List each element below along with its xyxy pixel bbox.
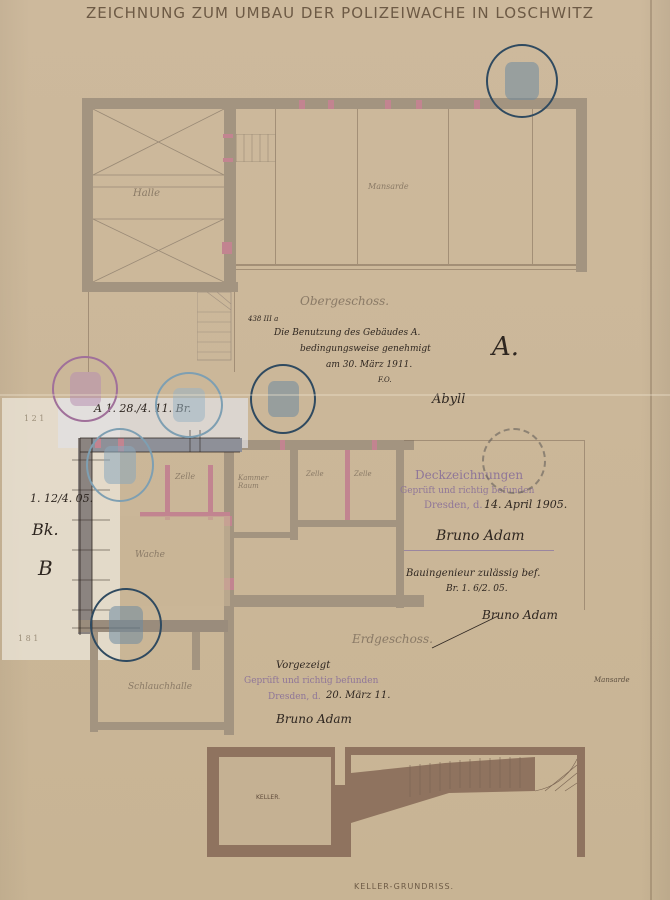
wall-accent <box>416 100 422 109</box>
wall-line <box>236 264 576 266</box>
upper-floor-label: Obergeschoss. <box>300 294 389 308</box>
approval-initials: F.O. <box>378 376 392 384</box>
faint-seal-stamp <box>482 428 546 494</box>
wall-accent <box>345 450 350 520</box>
reference-number: 438 III a <box>248 315 278 323</box>
wall-accent <box>223 134 233 138</box>
lower-line1: Geprüft und richtig befunden <box>244 676 378 686</box>
wall <box>224 98 236 292</box>
room-label-keller: KELLER. <box>256 794 280 801</box>
wall-accent <box>299 100 305 109</box>
room-label-zelle: Zelle <box>175 472 195 481</box>
wall <box>192 632 200 670</box>
stair-icon <box>197 292 233 362</box>
wall <box>82 282 238 292</box>
left-letter-b: B <box>38 556 53 580</box>
lower-line2-prefix: Dresden, d. <box>268 692 321 702</box>
left-note-date: 1. 12/4. 05. <box>30 492 93 505</box>
left-initials: Bk. <box>32 520 59 539</box>
partition <box>275 109 276 264</box>
room-label-zelle-2: Zelle <box>306 470 324 478</box>
underline <box>404 550 554 551</box>
ground-floor-label: Erdgeschoss. <box>352 632 433 646</box>
wall <box>224 595 424 607</box>
plan-sheet: ZEICHNUNG ZUM UMBAU DER POLIZEIWACHE IN … <box>0 0 670 900</box>
wall-accent <box>328 100 334 109</box>
document-title: ZEICHNUNG ZUM UMBAU DER POLIZEIWACHE IN … <box>86 4 594 22</box>
wall-line <box>236 269 576 270</box>
approval-note-line: am 30. März 1911. <box>326 360 412 370</box>
fold-line <box>0 394 670 396</box>
seal-stamp <box>90 588 162 662</box>
lower-signature: Bruno Adam <box>276 712 352 726</box>
coat-of-arms-icon <box>505 62 539 101</box>
coat-of-arms-icon <box>70 372 101 406</box>
upper-stair-icon <box>236 134 276 162</box>
signature-stroke <box>430 612 500 652</box>
room-label-schlauchhalle: Schlauchhalle <box>128 682 192 692</box>
coat-of-arms-icon <box>109 606 143 645</box>
fold-line <box>650 0 652 900</box>
wall <box>82 98 93 291</box>
gemeinde-seal-stamp <box>52 356 118 422</box>
right-margin-note: Mansarde <box>594 676 630 684</box>
wall-accent <box>474 100 480 109</box>
frame-line <box>584 440 585 610</box>
wall-accent <box>280 440 285 450</box>
coat-of-arms-icon <box>104 446 136 485</box>
lower-handwritten: Vorgezeigt <box>276 660 330 671</box>
coat-of-arms-icon <box>268 381 299 417</box>
seal-stamp <box>155 372 223 438</box>
deck-date: 14. April 1905. <box>484 498 567 511</box>
wall-accent <box>372 440 377 450</box>
room-label-wache: Wache <box>135 550 165 560</box>
approval-note-line: Die Benutzung des Gebäudes A. <box>274 328 420 338</box>
wall <box>90 722 234 730</box>
wall-line <box>234 292 235 372</box>
room-label-kammer: Kammer Raum <box>238 474 286 490</box>
wall <box>298 520 404 527</box>
seal-stamp <box>86 428 154 502</box>
partition <box>357 109 358 264</box>
cellar-plan <box>205 745 590 857</box>
lower-date: 20. März 11. <box>326 690 390 701</box>
right-note: Bauingenieur zulässig bef. <box>406 568 540 579</box>
seal-stamp <box>486 44 558 118</box>
margin-mark: 1 2 1 <box>24 414 44 423</box>
room-label-mansarde: Mansarde <box>368 182 409 191</box>
partition <box>532 109 533 264</box>
seal-stamp <box>250 364 316 434</box>
wall-accent <box>223 158 233 162</box>
wall-accent <box>385 100 391 109</box>
approval-note-line: bedingungsweise genehmigt <box>300 344 431 354</box>
partition <box>448 109 449 264</box>
wall <box>290 450 298 540</box>
margin-mark: 1 8 1 <box>18 634 38 643</box>
big-letter-a: A. <box>492 332 519 362</box>
deck-signature: Bruno Adam <box>436 528 525 544</box>
wall <box>224 440 414 450</box>
wall <box>576 98 587 272</box>
right-note: Br. 1. 6/2. 05. <box>446 584 508 594</box>
deck-line2-prefix: Dresden, d. <box>424 500 483 511</box>
cellar-plan-title: KELLER-GRUNDRISS. <box>354 882 454 891</box>
room-label-zelle-3: Zelle <box>354 470 372 478</box>
room-label-halle: Halle <box>133 188 160 199</box>
